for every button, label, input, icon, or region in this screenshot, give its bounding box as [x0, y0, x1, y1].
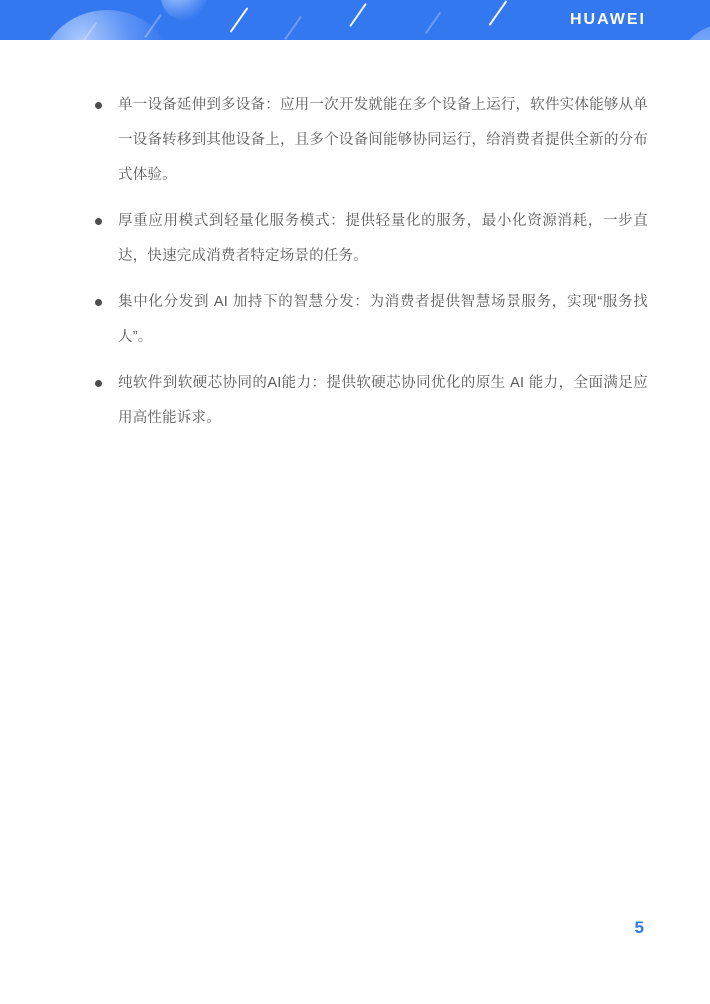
- bullet-icon: [95, 380, 102, 387]
- bullet-icon: [95, 299, 102, 306]
- diagonal-line-icon: [489, 0, 508, 26]
- list-item: 集中化分发到 AI 加持下的智慧分发：为消费者提供智慧场景服务，实现“服务找人”…: [95, 285, 648, 355]
- diagonal-line-icon: [284, 16, 302, 40]
- bullet-text: 集中化分发到 AI 加持下的智慧分发：为消费者提供智慧场景服务，实现“服务找人”…: [118, 285, 648, 355]
- decorative-sphere-icon: [37, 10, 177, 40]
- bullet-icon: [95, 218, 102, 225]
- document-page: HUAWEI 单一设备延伸到多设备：应用一次开发就能在多个设备上运行，软件实体能…: [0, 0, 710, 1004]
- list-item: 厚重应用模式到轻量化服务模式：提供轻量化的服务，最小化资源消耗，一步直达，快速完…: [95, 204, 648, 274]
- decorative-sphere-icon: [676, 24, 710, 40]
- diagonal-line-icon: [81, 22, 98, 40]
- bullet-text: 纯软件到软硬芯协同的AI能力：提供软硬芯协同优化的原生 AI 能力，全面满足应用…: [118, 366, 648, 436]
- brand-logo-text: HUAWEI: [570, 0, 646, 40]
- list-item: 纯软件到软硬芯协同的AI能力：提供软硬芯协同优化的原生 AI 能力，全面满足应用…: [95, 366, 648, 436]
- bullet-text: 厚重应用模式到轻量化服务模式：提供轻量化的服务，最小化资源消耗，一步直达，快速完…: [118, 204, 648, 274]
- page-header-banner: HUAWEI: [0, 0, 710, 40]
- diagonal-line-icon: [230, 7, 249, 33]
- bullet-text: 单一设备延伸到多设备：应用一次开发就能在多个设备上运行，软件实体能够从单一设备转…: [118, 88, 648, 193]
- decorative-sphere-icon: [161, 0, 207, 20]
- diagonal-line-icon: [425, 12, 442, 34]
- list-item: 单一设备延伸到多设备：应用一次开发就能在多个设备上运行，软件实体能够从单一设备转…: [95, 88, 648, 193]
- diagonal-line-icon: [144, 14, 162, 38]
- bullet-list: 单一设备延伸到多设备：应用一次开发就能在多个设备上运行，软件实体能够从单一设备转…: [95, 88, 648, 447]
- page-number: 5: [635, 918, 644, 938]
- diagonal-line-icon: [349, 3, 367, 27]
- bullet-icon: [95, 102, 102, 109]
